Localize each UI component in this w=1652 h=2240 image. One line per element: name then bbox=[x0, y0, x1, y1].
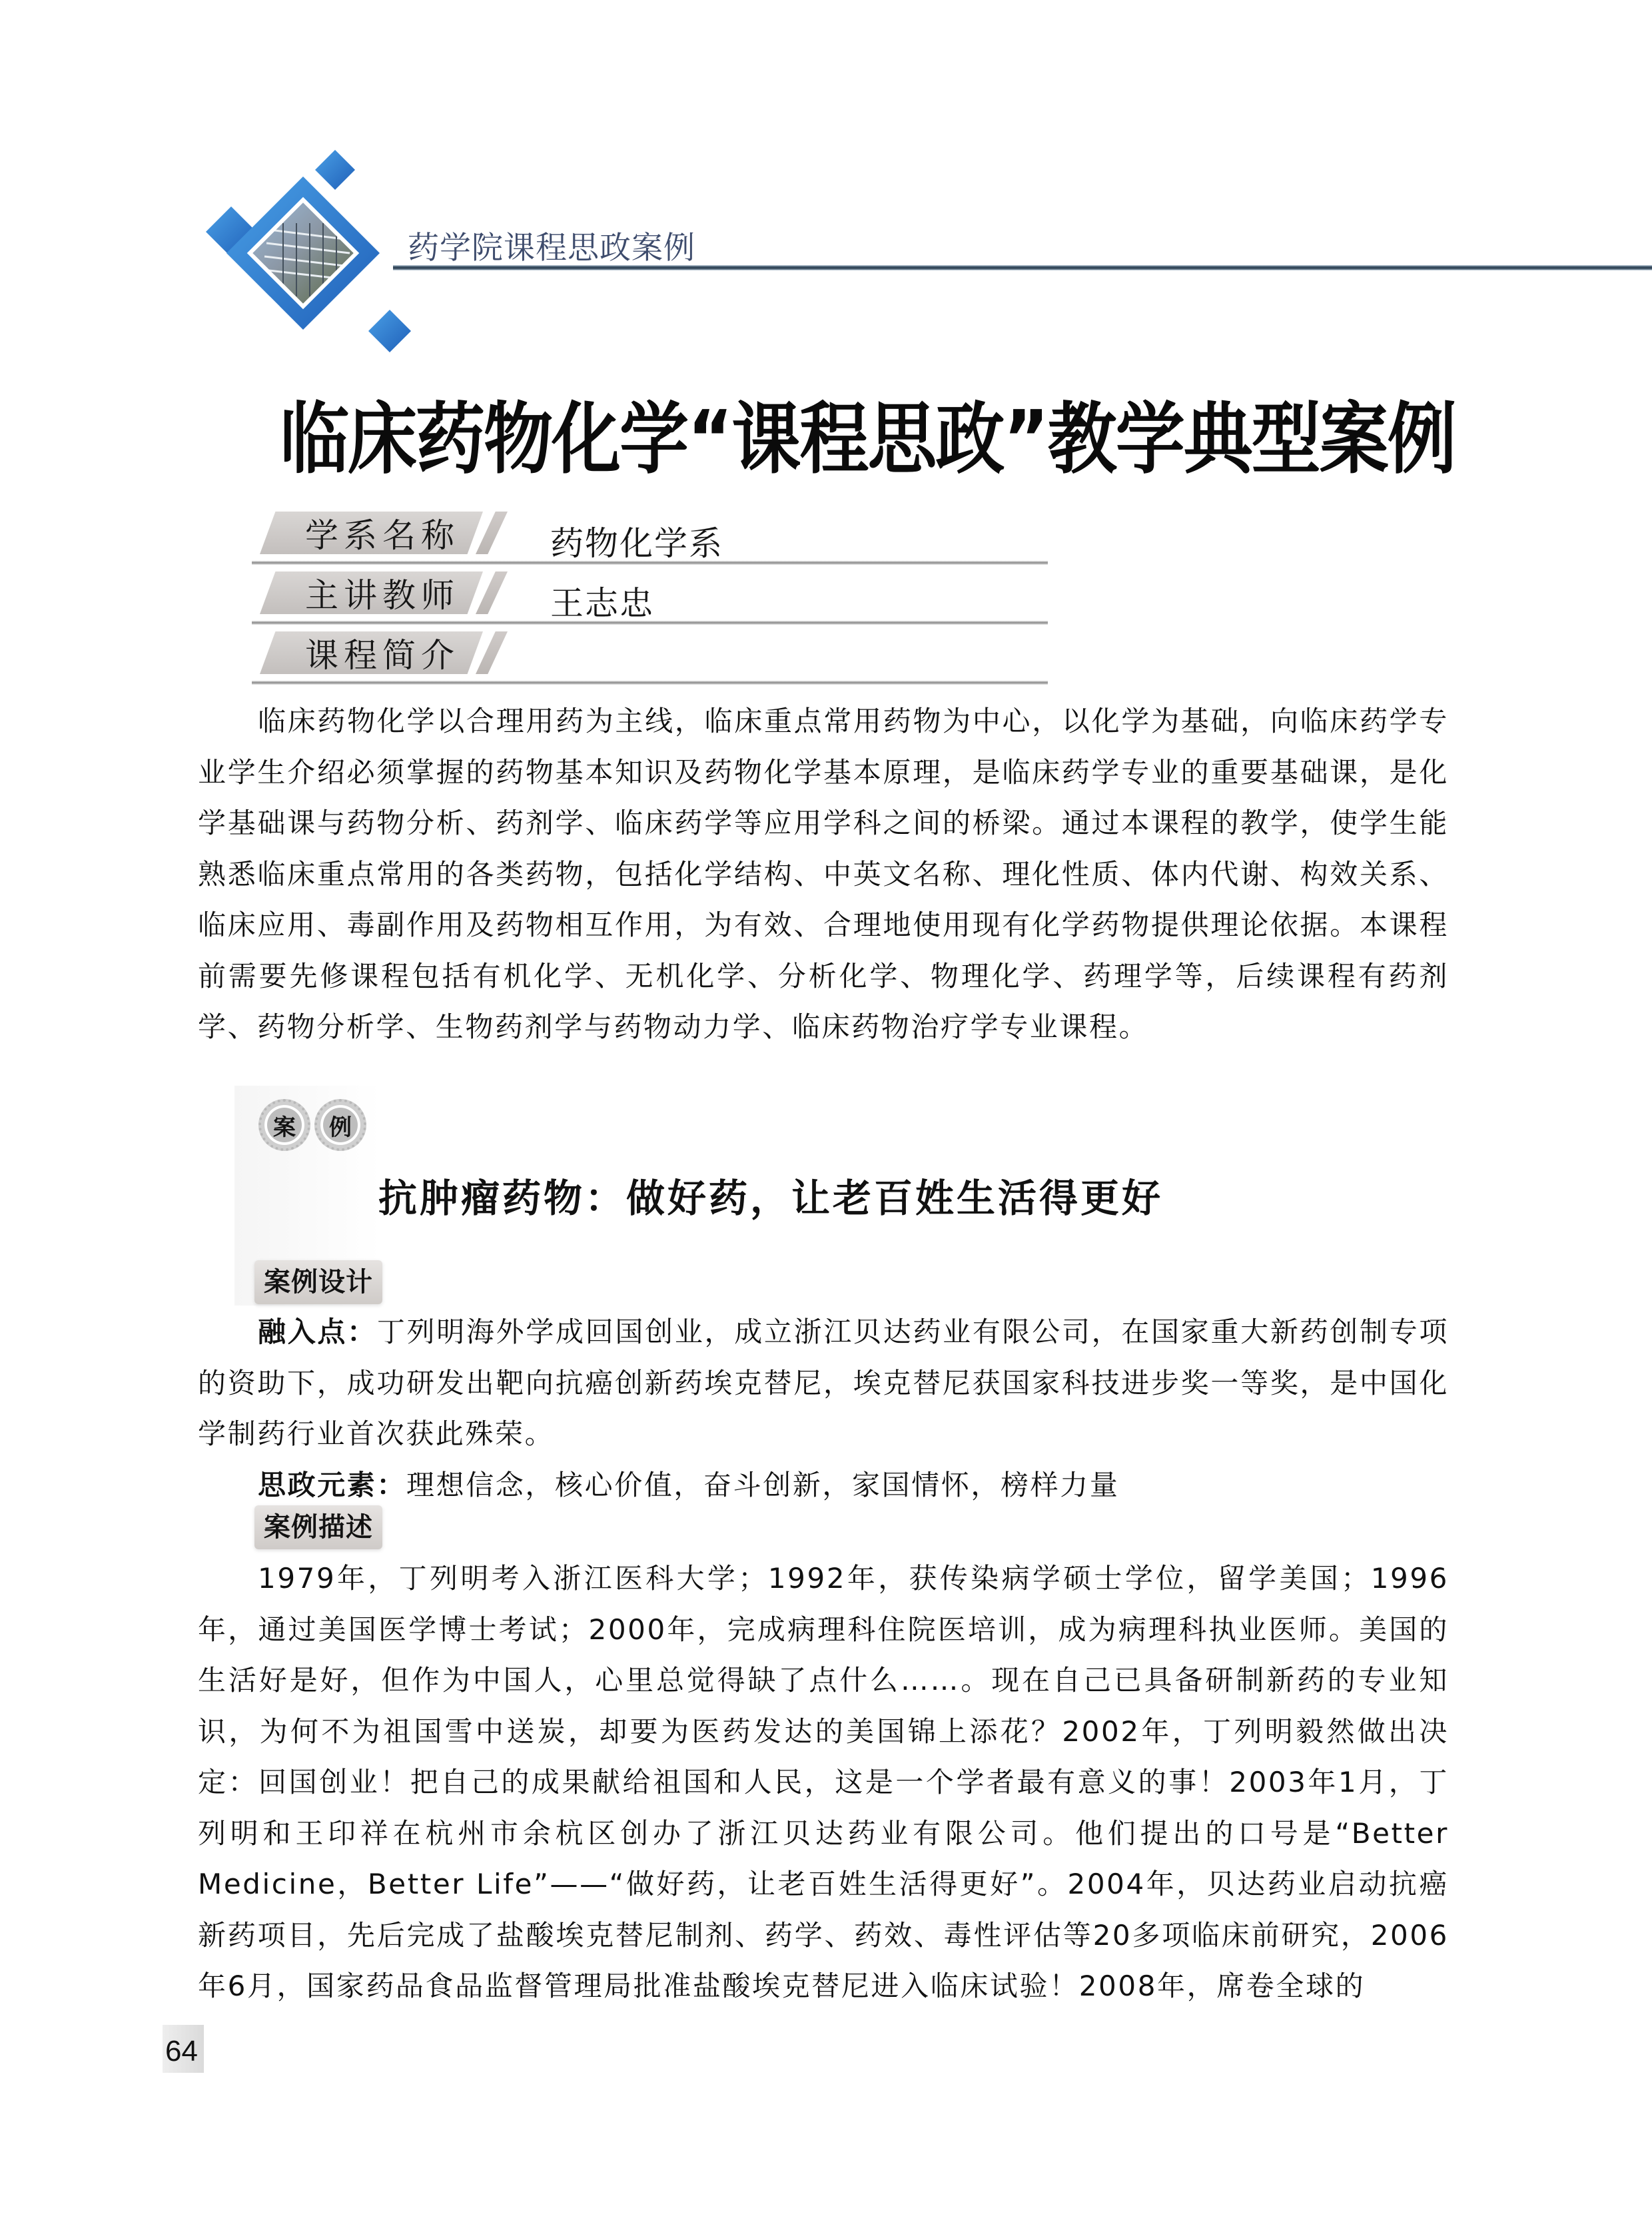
integration-point-paragraph: 融入点：丁列明海外学成回国创业，成立浙江贝达药业有限公司，在国家重大新药创制专项… bbox=[198, 1307, 1449, 1460]
row-divider bbox=[252, 681, 1048, 685]
page-title: 临床药物化学“课程思政”教学典型案例 bbox=[280, 376, 1339, 488]
info-label: 学系名称 bbox=[260, 512, 483, 554]
building-diamond-logo-icon bbox=[190, 137, 416, 363]
info-value: 王志忠 bbox=[550, 577, 654, 625]
course-intro-paragraph: 临床药物化学以合理用药为主线，临床重点常用药物为中心，以化学为基础，向临床药学专… bbox=[198, 696, 1449, 1053]
case-description-paragraph: 1979年，丁列明考入浙江医科大学；1992年，获传染病学硕士学位，留学美国；1… bbox=[198, 1553, 1449, 2012]
badge-circle: 例 bbox=[314, 1099, 366, 1151]
integration-point-label: 融入点： bbox=[258, 1315, 377, 1348]
case-title: 抗肿瘤药物：做好药，让老百姓生活得更好 bbox=[378, 1167, 1163, 1223]
case-badge: 案 例 bbox=[258, 1099, 366, 1151]
case-description-tag: 案例描述 bbox=[254, 1505, 382, 1549]
page-number: 64 bbox=[163, 2025, 204, 2073]
ideological-elements-text: 理想信念，核心价值，奋斗创新，家国情怀，榜样力量 bbox=[406, 1469, 1119, 1501]
integration-point-text: 丁列明海外学成回国创业，成立浙江贝达药业有限公司，在国家重大新药创制专项的资助下… bbox=[198, 1315, 1449, 1450]
section-header-title: 药学院课程思政案例 bbox=[408, 223, 695, 268]
info-label: 主讲教师 bbox=[260, 571, 483, 614]
ideological-elements-label: 思政元素： bbox=[258, 1469, 406, 1501]
badge-circle: 案 bbox=[258, 1099, 310, 1151]
ideological-elements-paragraph: 思政元素：理想信念，核心价值，奋斗创新，家国情怀，榜样力量 bbox=[198, 1460, 1449, 1511]
info-row-course-intro: 课程简介 bbox=[252, 625, 1048, 685]
info-value: 药物化学系 bbox=[550, 517, 723, 565]
case-design-tag: 案例设计 bbox=[254, 1260, 382, 1304]
info-label: 课程简介 bbox=[260, 631, 483, 674]
info-row-instructor: 主讲教师 王志忠 bbox=[252, 565, 1048, 625]
info-row-department: 学系名称 药物化学系 bbox=[252, 505, 1048, 565]
header-divider bbox=[393, 265, 1652, 270]
course-info-table: 学系名称 药物化学系 主讲教师 王志忠 课程简介 bbox=[252, 505, 1048, 685]
